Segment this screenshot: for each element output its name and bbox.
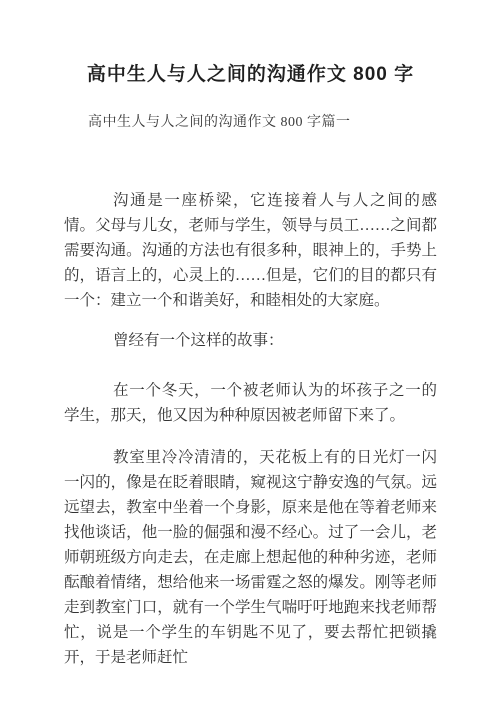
essay-paragraph-story-lead: 曾经有一个这样的故事： [64,328,437,353]
essay-paragraph-winter: 在一个冬天，一个被老师认为的坏孩子之一的学生，那天，他又因为种种原因被老师留下来… [64,378,437,428]
document-page: 高中生人与人之间的沟通作文 800 字 高中生人与人之间的沟通作文 800 字篇… [0,0,500,707]
essay-title: 高中生人与人之间的沟通作文 800 字 [64,62,437,88]
essay-paragraph-intro: 沟通是一座桥梁，它连接着人与人之间的感情。父母与儿女，老师与学生，领导与员工……… [64,188,437,313]
essay-paragraph-classroom: 教室里冷冷清清的，天花板上有的日光灯一闪一闪的，像是在眨着眼睛，窥视这宁静安逸的… [64,445,437,670]
essay-subtitle: 高中生人与人之间的沟通作文 800 字篇一 [64,113,437,133]
essay-body: 沟通是一座桥梁，它连接着人与人之间的感情。父母与儿女，老师与学生，领导与员工……… [64,188,437,670]
